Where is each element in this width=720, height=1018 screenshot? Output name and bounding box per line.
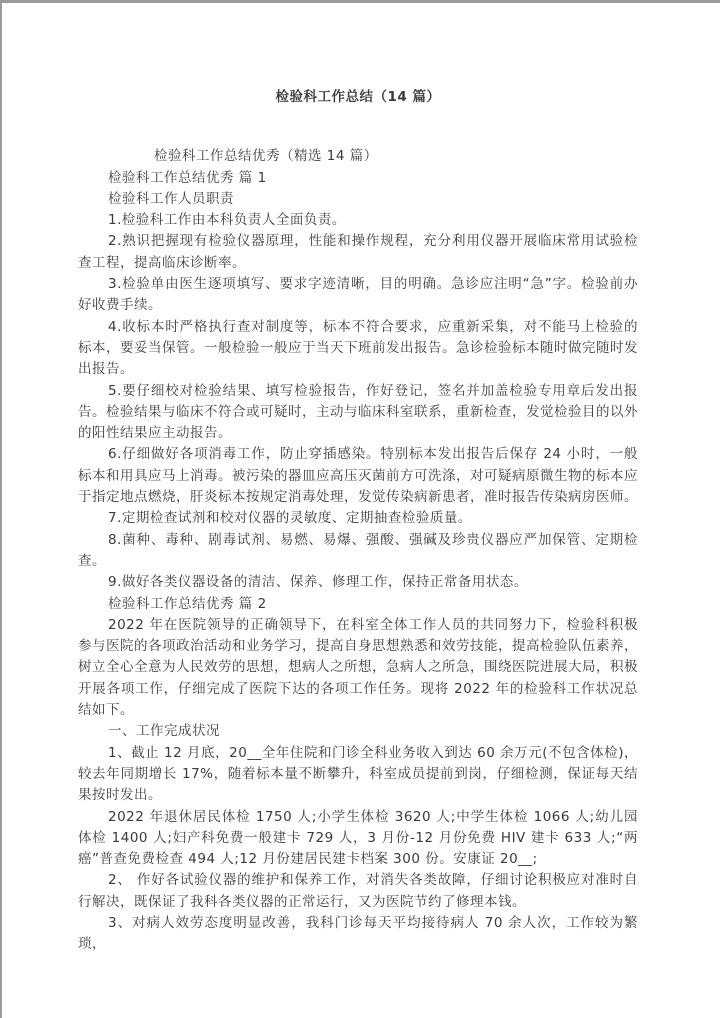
document-content: 检验科工作总结（14 篇） 检验科工作总结优秀（精选 14 篇）检验科工作总结优… [2, 3, 720, 956]
paragraph: 检验科工作人员职责 [78, 189, 638, 210]
paragraph: 8.菌种、毒种、剧毒试剂、易燃、易爆、强酸、强碱及珍贵仪器应严加保管、定期检查。 [78, 530, 638, 573]
paragraph: 6.仔细做好各项消毒工作，防止穿插感染。特别标本发出报告后保存 24 小时，一般… [78, 444, 638, 508]
paragraph: 7.定期检查试剂和校对仪器的灵敏度、定期抽查检验质量。 [78, 508, 638, 529]
paragraph: 3.检验单由医生逐项填写、要求字迹清晰，目的明确。急诊应注明“急”字。检验前办好… [78, 274, 638, 317]
paragraph: 2022 年在医院领导的正确领导下，在科室全体工作人员的共同努力下，检验科积极参… [78, 615, 638, 721]
document-page: 检验科工作总结（14 篇） 检验科工作总结优秀（精选 14 篇）检验科工作总结优… [0, 0, 720, 1018]
paragraph: 9.做好各类仪器设备的清洁、保养、修理工作，保持正常备用状态。 [78, 572, 638, 593]
document-body: 检验科工作总结优秀（精选 14 篇）检验科工作总结优秀 篇 1检验科工作人员职责… [78, 146, 638, 955]
paragraph: 检验科工作总结优秀（精选 14 篇） [78, 146, 638, 167]
paragraph: 1.检验科工作由本科负责人全面负责。 [78, 210, 638, 231]
paragraph: 5.要仔细校对检验结果、填写检验报告，作好登记，签名并加盖检验专用章后发出报告。… [78, 381, 638, 445]
paragraph: 2.熟识把握现有检验仪器原理，性能和操作规程，充分利用仪器开展临床常用试验检查工… [78, 231, 638, 274]
paragraph: 2、 作好各试验仪器的维护和保养工作，对消失各类故障，仔细讨论积极应对准时自行解… [78, 870, 638, 913]
paragraph: 2022 年退休居民体检 1750 人;小学生体检 3620 人;中学生体检 1… [78, 807, 638, 871]
paragraph: 检验科工作总结优秀 篇 2 [78, 594, 638, 615]
paragraph: 4.收标本时严格执行查对制度等，标本不符合要求，应重新采集，对不能马上检验的标本… [78, 317, 638, 381]
paragraph: 一、工作完成状况 [78, 721, 638, 742]
paragraph: 3、对病人效劳态度明显改善，我科门诊每天平均接待病人 70 余人次，工作较为繁琐… [78, 913, 638, 956]
document-title: 检验科工作总结（14 篇） [78, 87, 638, 108]
paragraph: 1、截止 12 月底，20__全年住院和门诊全科业务收入到达 60 余万元(不包… [78, 743, 638, 807]
paragraph: 检验科工作总结优秀 篇 1 [78, 168, 638, 189]
